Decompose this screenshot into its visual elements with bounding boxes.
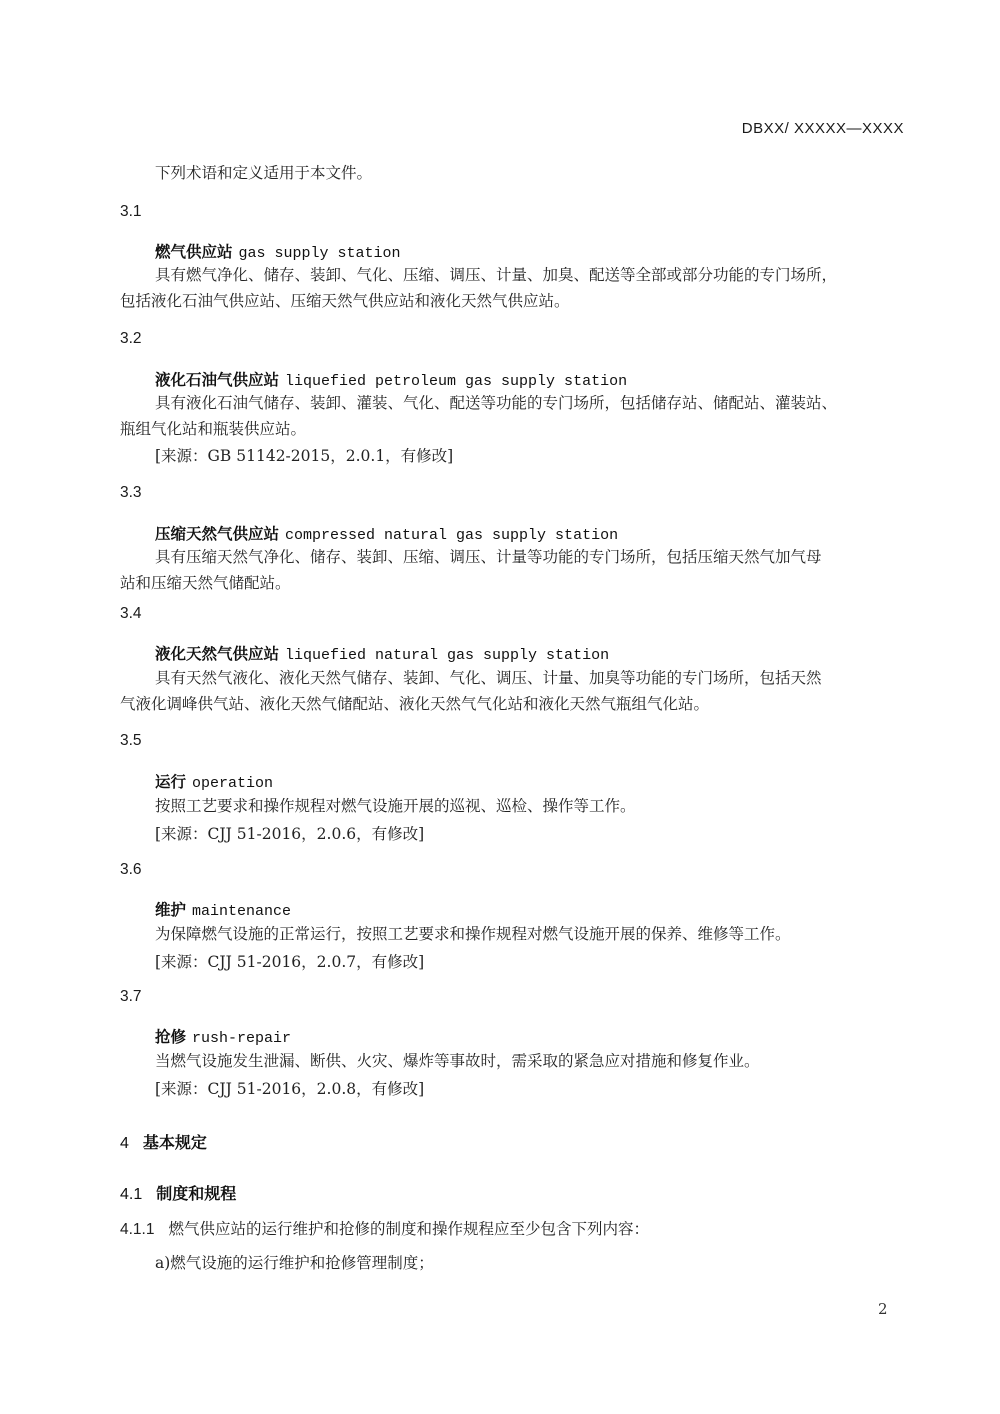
clause: 4.1.1燃气供应站的运行维护和抢修的制度和操作规程应至少包含下列内容： [120,1217,649,1239]
clause-number: 4.1.1 [120,1221,154,1238]
term-title: 运行operation [155,770,273,792]
subsection-title: 制度和规程 [156,1184,236,1203]
term-definition-cont: 站和压缩天然气储配站。 [120,570,291,596]
section-heading: 4基本规定 [120,1130,207,1153]
term-title: 液化天然气供应站liquefied natural gas supply sta… [155,642,609,664]
section-title: 基本规定 [143,1133,207,1152]
term-en: gas supply station [239,245,401,262]
term-en: maintenance [192,903,291,920]
term-definition-cont: 包括液化石油气供应站、压缩天然气供应站和液化天然气供应站。 [120,288,570,314]
term-zh: 运行 [155,773,186,791]
term-en: liquefied natural gas supply station [285,647,609,664]
term-source: [来源：GB 51142-2015，2.0.1，有修改] [155,444,453,466]
term-title: 压缩天然气供应站compressed natural gas supply st… [155,522,618,544]
term-title: 燃气供应站gas supply station [155,240,401,262]
term-definition: 具有燃气净化、储存、装卸、气化、压缩、调压、计量、加臭、配送等全部或部分功能的专… [155,262,837,288]
term-number: 3.2 [120,330,142,348]
term-en: compressed natural gas supply station [285,527,618,544]
term-title: 抢修rush-repair [155,1025,291,1047]
term-zh: 燃气供应站 [155,243,233,261]
term-definition: 具有压缩天然气净化、储存、装卸、压缩、调压、计量等功能的专门场所，包括压缩天然气… [155,544,822,570]
term-zh: 液化石油气供应站 [155,371,279,389]
intro-text: 下列术语和定义适用于本文件。 [155,160,372,186]
term-source: [来源：CJJ 51-2016，2.0.7，有修改] [155,950,424,972]
term-en: operation [192,775,273,792]
term-number: 3.7 [120,988,142,1006]
clause-text: 燃气供应站的运行维护和抢修的制度和操作规程应至少包含下列内容： [168,1220,649,1238]
term-number: 3.6 [120,861,142,879]
page-number: 2 [878,1300,888,1318]
term-definition-cont: 气液化调峰供气站、液化天然气储配站、液化天然气气化站和液化天然气瓶组气化站。 [120,691,709,717]
document-page: DBXX/ XXXXX—XXXX 下列术语和定义适用于本文件。 3.1 燃气供应… [0,0,1000,1414]
term-source: [来源：CJJ 51-2016，2.0.6，有修改] [155,822,424,844]
term-number: 3.4 [120,605,142,623]
term-definition: 当燃气设施发生泄漏、断供、火灾、爆炸等事故时，需采取的紧急应对措施和修复作业。 [155,1048,760,1074]
term-source: [来源：CJJ 51-2016，2.0.8，有修改] [155,1077,424,1099]
term-en: rush-repair [192,1030,291,1047]
term-definition: 具有液化石油气储存、装卸、灌装、气化、配送等功能的专门场所，包括储存站、储配站、… [155,390,837,416]
term-zh: 抢修 [155,1028,186,1046]
term-zh: 压缩天然气供应站 [155,525,279,543]
list-item: a)燃气设施的运行维护和抢修管理制度； [155,1250,434,1276]
term-title: 液化石油气供应站liquefied petroleum gas supply s… [155,368,627,390]
term-definition: 按照工艺要求和操作规程对燃气设施开展的巡视、巡检、操作等工作。 [155,793,636,819]
term-number: 3.5 [120,732,142,750]
term-definition: 具有天然气液化、液化天然气储存、装卸、气化、调压、计量、加臭等功能的专门场所，包… [155,665,822,691]
document-code-header: DBXX/ XXXXX—XXXX [742,120,904,137]
term-en: liquefied petroleum gas supply station [285,373,627,390]
subsection-heading: 4.1制度和规程 [120,1181,236,1204]
section-number: 4 [120,1135,129,1152]
term-title: 维护maintenance [155,898,291,920]
term-zh: 液化天然气供应站 [155,645,279,663]
subsection-number: 4.1 [120,1186,142,1203]
term-definition: 为保障燃气设施的正常运行，按照工艺要求和操作规程对燃气设施开展的保养、维修等工作… [155,921,791,947]
term-number: 3.3 [120,484,142,502]
term-zh: 维护 [155,901,186,919]
term-number: 3.1 [120,203,142,221]
term-definition-cont: 瓶组气化站和瓶装供应站。 [120,416,306,442]
